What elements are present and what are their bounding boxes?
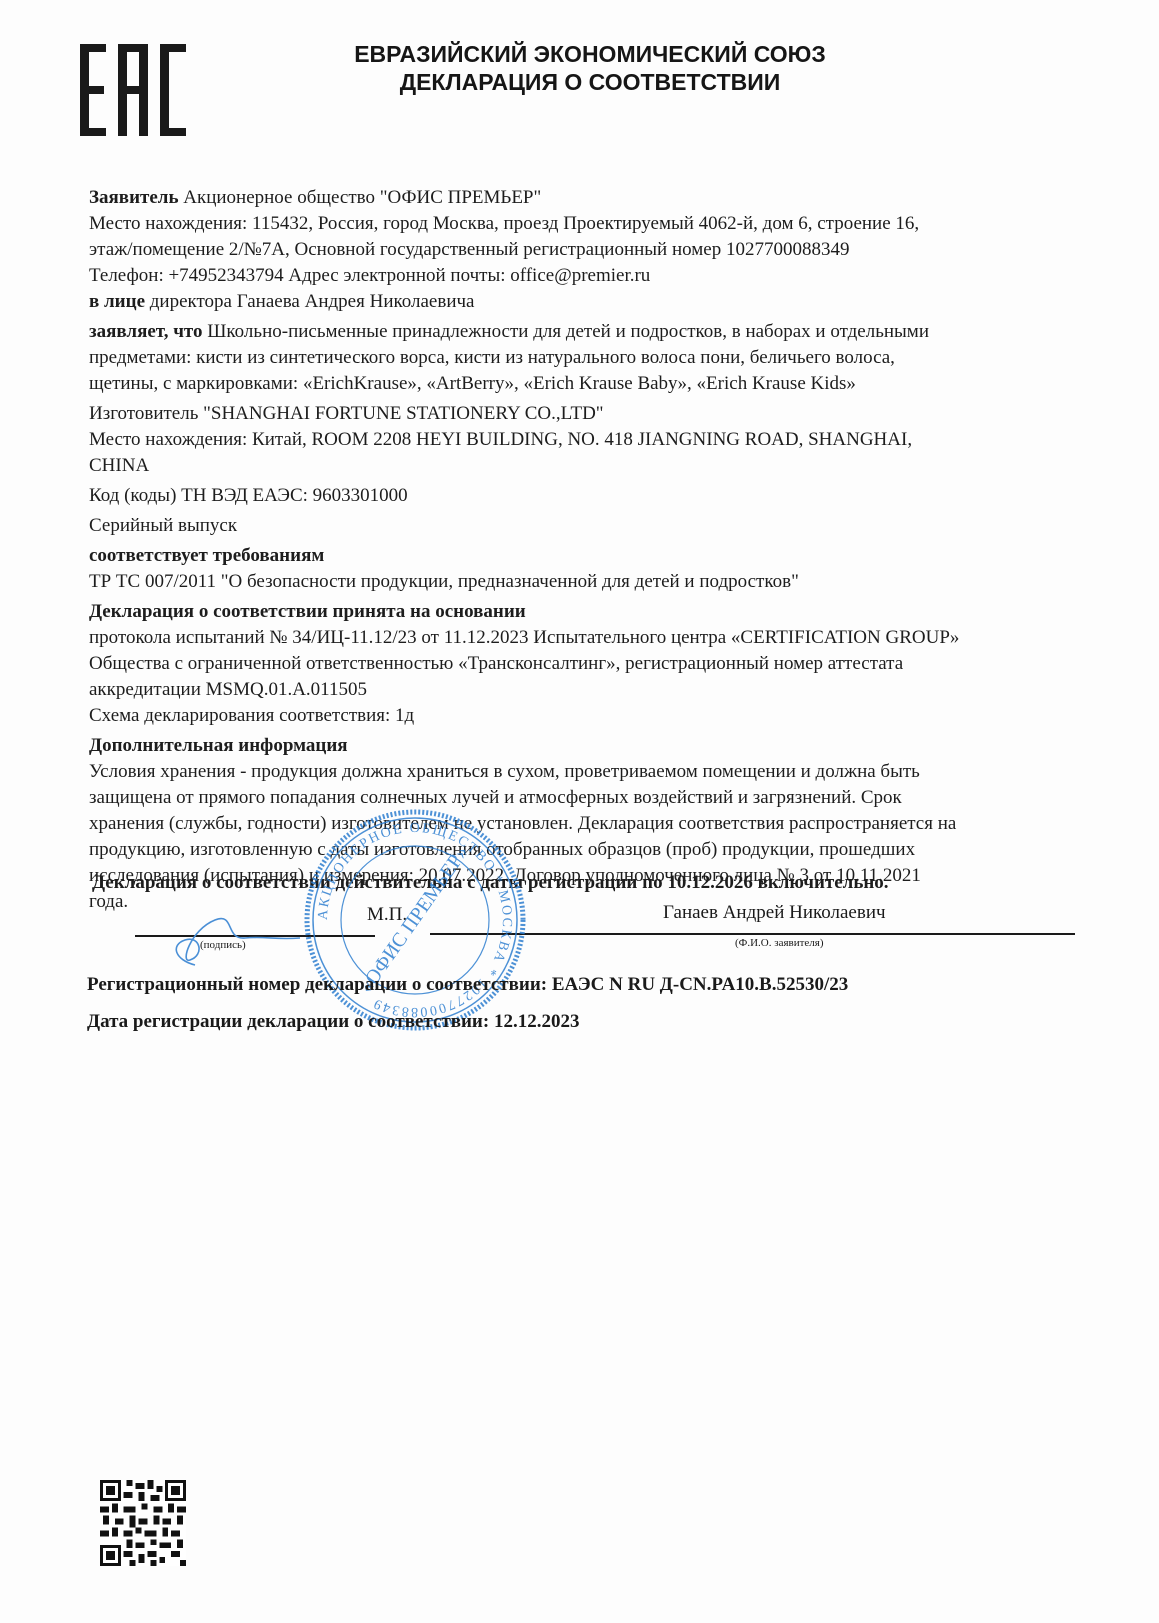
applicant-address-2: этаж/помещение 2/№7А, Основной государст… (89, 237, 1089, 263)
declaration-page: ЕВРАЗИЙСКИЙ ЭКОНОМИЧЕСКИЙ СОЮЗ ДЕКЛАРАЦИ… (0, 0, 1159, 1623)
validity-statement: Декларация о соответствии действительна … (92, 872, 889, 894)
additional-info-line: Условия хранения - продукция должна хран… (89, 759, 1089, 785)
conformity-text: ТР ТС 007/2011 "О безопасности продукции… (89, 569, 1089, 595)
applicant-name: Акционерное общество "ОФИС ПРЕМЬЕР" (179, 187, 542, 208)
release-type: Серийный выпуск (89, 513, 1089, 539)
basis-text-3: аккредитации MSMQ.01.A.011505 (89, 677, 1089, 703)
declaration-scheme: Схема декларирования соответствия: 1д (89, 703, 1089, 729)
registration-date: Дата регистрации декларации о соответств… (87, 1011, 579, 1033)
additional-info-label: Дополнительная информация (89, 733, 1089, 759)
additional-info-line: защищена от прямого попадания солнечных … (89, 785, 1089, 811)
conformity-label: соответствует требованиям (89, 543, 1089, 569)
signature-caption: (подпись) (200, 939, 246, 951)
eac-mark-icon (78, 42, 188, 138)
applicant-label: Заявитель (89, 187, 179, 208)
basis-text-2: Общества с ограниченной ответственностью… (89, 651, 1089, 677)
header-union-title: ЕВРАЗИЙСКИЙ ЭКОНОМИЧЕСКИЙ СОЮЗ (290, 40, 890, 68)
tn-ved-code: Код (коды) ТН ВЭД ЕАЭС: 9603301000 (89, 483, 1089, 509)
signature-line (135, 935, 375, 937)
additional-info-line: продукцию, изготовленную с даты изготовл… (89, 837, 1089, 863)
declares-text-2: предметами: кисти из синтетического ворс… (89, 345, 1089, 371)
declares-label: заявляет, что (89, 321, 203, 342)
declares-row: заявляет, что Школьно-письменные принадл… (89, 319, 1089, 345)
basis-text-1: протокола испытаний № 34/ИЦ-11.12/23 от … (89, 625, 1089, 651)
declares-text-1: Школьно-письменные принадлежности для де… (203, 321, 930, 342)
fio-caption: (Ф.И.О. заявителя) (735, 937, 824, 949)
manufacturer-address-1: Место нахождения: Китай, ROOM 2208 HEYI … (89, 427, 1089, 453)
declaration-body: Заявитель Акционерное общество "ОФИС ПРЕ… (89, 185, 1089, 915)
header-document-title: ДЕКЛАРАЦИЯ О СООТВЕТСТВИИ (290, 68, 890, 96)
declares-text-3: щетины, с маркировками: «ErichKrause», «… (89, 371, 1089, 397)
additional-info-line: хранения (службы, годности) изготовителе… (89, 811, 1089, 837)
basis-label: Декларация о соответствии принята на осн… (89, 599, 1089, 625)
document-header: ЕВРАЗИЙСКИЙ ЭКОНОМИЧЕСКИЙ СОЮЗ ДЕКЛАРАЦИ… (290, 40, 890, 96)
seal-place-label: М.П. (367, 904, 407, 926)
applicant-contacts: Телефон: +74952343794 Адрес электронной … (89, 263, 1089, 289)
representative-label: в лице (89, 291, 145, 312)
representative-text: директора Ганаева Андрея Николаевича (145, 291, 474, 312)
qr-code-icon[interactable] (100, 1480, 186, 1566)
applicant-address-1: Место нахождения: 115432, Россия, город … (89, 211, 1089, 237)
manufacturer-address-2: CHINA (89, 453, 1089, 479)
representative-row: в лице директора Ганаева Андрея Николаев… (89, 289, 1089, 315)
name-line (430, 933, 1075, 935)
applicant-row: Заявитель Акционерное общество "ОФИС ПРЕ… (89, 185, 1089, 211)
signer-name: Ганаев Андрей Николаевич (663, 902, 886, 924)
registration-number: Регистрационный номер декларации о соотв… (87, 974, 848, 996)
manufacturer-name: Изготовитель "SHANGHAI FORTUNE STATIONER… (89, 401, 1089, 427)
